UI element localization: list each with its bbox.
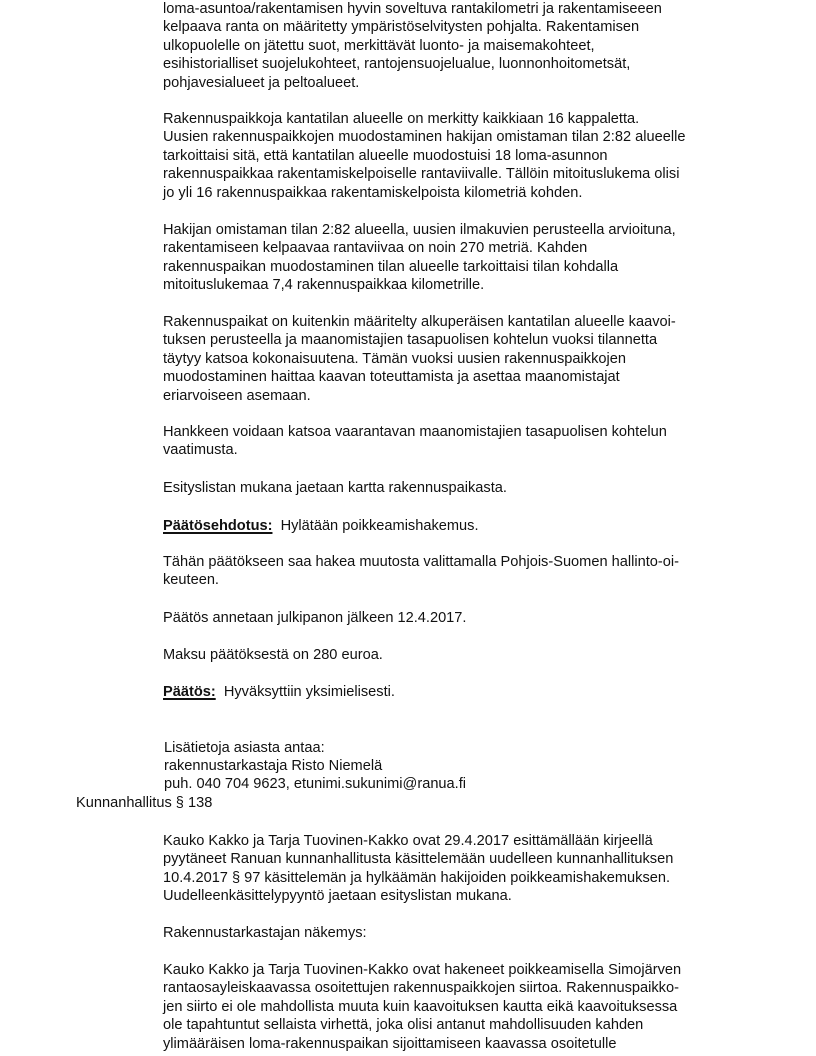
contact-line-2: rakennustarkastaja Risto Niemelä <box>164 757 382 775</box>
paragraph-line: rakentamiseen kelpaavaa rantaviivaa on n… <box>163 239 587 257</box>
paragraph-line: täytyy katsoa kokonaisuutena. Tämän vuok… <box>163 350 626 368</box>
section-heading: Kunnanhallitus § 138 <box>76 794 212 812</box>
contact-line-1: Lisätietoja asiasta antaa: <box>164 739 325 757</box>
decision-text: Hyväksyttiin yksimielisesti. <box>224 684 395 700</box>
paragraph-line: esihistorialliset suojelukohteet, rantoj… <box>163 55 630 73</box>
paragraph-line: Hakijan omistaman tilan 2:82 alueella, u… <box>163 221 676 239</box>
decision-line: Päätös: Hyväksyttiin yksimielisesti. <box>163 683 395 701</box>
paragraph-line: ylimääräisen loma-rakennuspaikan sijoitt… <box>163 1035 616 1053</box>
paragraph-line: Uudelleenkäsittelypyyntö jaetaan esitysl… <box>163 887 512 905</box>
paragraph-line: Kauko Kakko ja Tarja Tuovinen-Kakko ovat… <box>163 832 653 850</box>
paragraph-line: jen siirto ei ole mahdollista muuta kuin… <box>163 998 677 1016</box>
decision-label: Päätös: <box>163 684 216 700</box>
paragraph-line: muodostaminen haittaa kaavan toteuttamis… <box>163 368 620 386</box>
paragraph-line: Maksu päätöksestä on 280 euroa. <box>163 646 383 664</box>
paragraph-line: eriarvoiseen asemaan. <box>163 387 311 405</box>
proposal-label: Päätösehdotus: <box>163 518 272 534</box>
paragraph-line: Rakennuspaikat on kuitenkin määritelty a… <box>163 313 676 331</box>
paragraph-line: mitoituslukemaa 7,4 rakennuspaikkaa kilo… <box>163 276 484 294</box>
paragraph-line: rakennuspaikan muodostaminen tilan aluee… <box>163 258 618 276</box>
paragraph-line: tarkoittaisi sitä, että kantatilan aluee… <box>163 147 608 165</box>
paragraph-line: tuksen perusteella ja maanomistajien tas… <box>163 331 657 349</box>
paragraph-line: pyytäneet Ranuan kunnanhallitusta käsitt… <box>163 850 673 868</box>
paragraph-line: Tähän päätökseen saa hakea muutosta vali… <box>163 553 679 571</box>
paragraph-line: Rakennuspaikkoja kantatilan alueelle on … <box>163 110 639 128</box>
paragraph-line: loma-asuntoa/rakentamisen hyvin soveltuv… <box>163 0 662 18</box>
paragraph-line: Päätös annetaan julkipanon jälkeen 12.4.… <box>163 609 466 627</box>
paragraph-line: Hankkeen voidaan katsoa vaarantavan maan… <box>163 423 667 441</box>
paragraph-line: vaatimusta. <box>163 441 238 459</box>
paragraph-line: rantaosayleiskaavassa osoitettujen raken… <box>163 979 679 997</box>
paragraph-line: Kauko Kakko ja Tarja Tuovinen-Kakko ovat… <box>163 961 681 979</box>
paragraph-line: ole tapahtuntut sellaista virhettä, joka… <box>163 1016 643 1034</box>
contact-line-3: puh. 040 704 9623, etunimi.sukunimi@ranu… <box>164 775 466 793</box>
paragraph-line: Uusien rakennuspaikkojen muodostaminen h… <box>163 128 685 146</box>
paragraph-line: pohjavesialueet ja peltoalueet. <box>163 74 359 92</box>
paragraph-line: jo yli 16 rakennuspaikkaa rakentamiskelp… <box>163 184 582 202</box>
proposal-line: Päätösehdotus: Hylätään poikkeamishakemu… <box>163 517 479 535</box>
paragraph-line: ulkopuolelle on jätettu suot, merkittävä… <box>163 37 595 55</box>
paragraph-line: Rakennustarkastajan näkemys: <box>163 924 367 942</box>
paragraph-line: kelpaava ranta on määritetty ympäristöse… <box>163 18 639 36</box>
paragraph-line: Esityslistan mukana jaetaan kartta raken… <box>163 479 507 497</box>
proposal-text: Hylätään poikkeamishakemus. <box>281 518 479 534</box>
paragraph-line: 10.4.2017 § 97 käsittelemän ja hylkäämän… <box>163 869 670 887</box>
paragraph-line: keuteen. <box>163 571 219 589</box>
paragraph-line: rakennuspaikkaa rakentamiskelpoiselle ra… <box>163 165 679 183</box>
